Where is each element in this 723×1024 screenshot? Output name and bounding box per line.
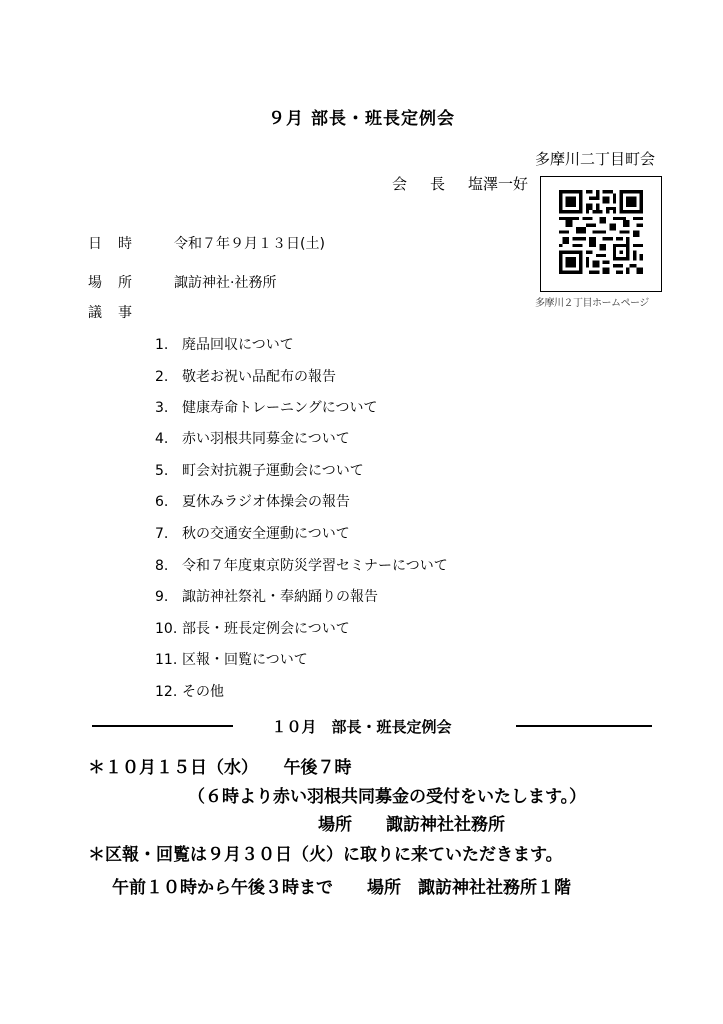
date-value: 令和７年９月１３日(土) — [174, 233, 325, 253]
qr-code-caption: 多摩川２丁目ホームページ — [535, 294, 649, 309]
agenda-item-text: 健康寿命トレーニングについて — [182, 400, 377, 416]
document-title: ９月 部長・班長定例会 — [0, 104, 723, 129]
agenda-item-text: 廃品回収について — [182, 337, 294, 353]
agenda-item: 2.敬老お祝い品配布の報告 — [155, 366, 336, 386]
agenda-label-char-1: 議 — [88, 302, 118, 322]
agenda-label-char-2: 事 — [118, 302, 148, 322]
agenda-item-number: 1. — [155, 337, 182, 353]
agenda-item: 9.諏訪神社祭礼・奉納踊りの報告 — [155, 586, 378, 606]
qr-code-frame — [540, 176, 662, 292]
date-label-char-2: 時 — [118, 233, 148, 253]
agenda-item-number: 8. — [155, 558, 182, 574]
bulletin-line: ＊区報・回覧は９月３０日（火）に取りに来ていただきます。 — [88, 840, 563, 865]
place-label-char-2: 所 — [118, 272, 148, 292]
agenda-item-text: 夏休みラジオ体操会の報告 — [182, 494, 350, 510]
agenda-item-number: 7. — [155, 526, 182, 542]
date-label: 日時 — [88, 233, 148, 253]
agenda-item-number: 10. — [155, 621, 182, 637]
agenda-item: 6.夏休みラジオ体操会の報告 — [155, 491, 350, 511]
chair-name: 塩澤一好 — [468, 173, 528, 194]
agenda-item-text: 区報・回覧について — [182, 652, 308, 668]
agenda-item-text: 敬老お祝い品配布の報告 — [182, 369, 336, 385]
agenda-item-text: 秋の交通安全運動について — [182, 526, 350, 542]
agenda-item-text: 諏訪神社祭礼・奉納踊りの報告 — [182, 589, 378, 605]
agenda-item-number: 9. — [155, 589, 182, 605]
agenda-item-number: 11. — [155, 652, 182, 668]
date-label-char-1: 日 — [88, 233, 118, 253]
qr-code-icon — [559, 190, 643, 274]
organization-name: 多摩川二丁目町会 — [535, 148, 655, 169]
agenda-item: 1.廃品回収について — [155, 334, 294, 354]
agenda-item-number: 4. — [155, 431, 182, 447]
next-meeting-note: （６時より赤い羽根共同募金の受付をいたします。） — [188, 782, 586, 807]
agenda-item-text: 赤い羽根共同募金について — [182, 431, 350, 447]
bulletin-time-place: 午前１０時から午後３時まで 場所 諏訪神社社務所１階 — [112, 873, 571, 898]
agenda-item-text: 部長・班長定例会について — [182, 621, 350, 637]
agenda-item-text: その他 — [182, 684, 224, 700]
agenda-item: 7.秋の交通安全運動について — [155, 523, 350, 543]
agenda-item-number: 2. — [155, 369, 182, 385]
agenda-item-number: 3. — [155, 400, 182, 416]
chair-line: 会長塩澤一好 — [392, 173, 528, 194]
chair-role-char-1: 会 — [392, 173, 430, 194]
agenda-item-text: 町会対抗親子運動会について — [182, 463, 364, 479]
place-label: 場所 — [88, 272, 148, 292]
agenda-item: 8.令和７年度東京防災学習セミナーについて — [155, 555, 448, 575]
next-meeting-heading: １０月 部長・班長定例会 — [0, 716, 723, 737]
agenda-item-number: 5. — [155, 463, 182, 479]
next-meeting-place: 場所 諏訪神社社務所 — [318, 810, 505, 835]
chair-role-char-2: 長 — [430, 173, 468, 194]
agenda-item: 5.町会対抗親子運動会について — [155, 460, 364, 480]
place-value: 諏訪神社·社務所 — [174, 272, 276, 292]
agenda-item: 4.赤い羽根共同募金について — [155, 428, 350, 448]
agenda-item: 11.区報・回覧について — [155, 649, 308, 669]
agenda-label: 議事 — [88, 302, 148, 322]
agenda-item-number: 12. — [155, 684, 182, 700]
place-label-char-1: 場 — [88, 272, 118, 292]
next-meeting-date: ＊１０月１５日（水） 午後７時 — [88, 753, 352, 778]
agenda-item: 12.その他 — [155, 681, 224, 701]
agenda-item-number: 6. — [155, 494, 182, 510]
agenda-item: 3.健康寿命トレーニングについて — [155, 397, 377, 417]
agenda-item: 10.部長・班長定例会について — [155, 618, 350, 638]
agenda-item-text: 令和７年度東京防災学習セミナーについて — [182, 558, 448, 574]
